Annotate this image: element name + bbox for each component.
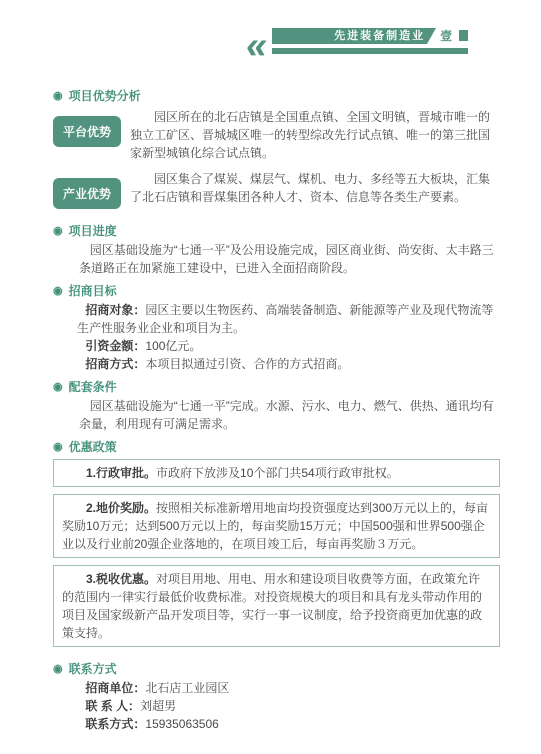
bullet-icon: ◉ xyxy=(53,286,63,297)
row-label: 联系方式： xyxy=(85,717,145,731)
header-category-label: 先进装备制造业 xyxy=(272,28,427,44)
row-label: 招商对象： xyxy=(85,303,145,317)
section-target: ◉ 招商目标 招商对象：园区主要以生物医药、高端装备制造、新能源等产业及现代物流… xyxy=(53,283,500,373)
section-title-text: 联系方式 xyxy=(69,661,117,677)
advantage-row-industry: 产业优势 园区集合了煤炭、煤层气、煤机、电力、多经等五大板块，汇集了北石店镇和晋… xyxy=(53,170,500,209)
bullet-icon: ◉ xyxy=(53,442,63,453)
bullet-icon: ◉ xyxy=(53,664,63,675)
policy-box-tax: 3.税收优惠。对项目用地、用电、用水和建设项目收费等方面，在政策允许的范围内一律… xyxy=(53,565,500,647)
row-text: 北石店工业园区 xyxy=(145,681,229,695)
target-row: 招商方式：本项目拟通过引资、合作的方式招商。 xyxy=(77,355,500,373)
page: { "theme": { "accent": "#52937f", "headi… xyxy=(0,0,541,754)
header-notch xyxy=(427,28,436,44)
target-row: 招商对象：园区主要以生物医药、高端装备制造、新能源等产业及现代物流等生产性服务业… xyxy=(77,301,500,337)
policy-box-text: 3.税收优惠。对项目用地、用电、用水和建设项目收费等方面，在政策允许的范围内一律… xyxy=(62,570,489,642)
section-policy: ◉ 优惠政策 1.行政审批。市政府下放涉及10个部门共54项行政审批权。 2.地… xyxy=(53,439,500,647)
bullet-icon: ◉ xyxy=(53,382,63,393)
section-support: ◉ 配套条件 园区基础设施为“七通一平”完成。水源、污水、电力、燃气、供热、通讯… xyxy=(53,379,500,433)
header-end-square xyxy=(459,30,468,41)
section-title-text: 配套条件 xyxy=(69,379,117,395)
contact-row-phone: 联系方式：15935063506 xyxy=(77,715,500,733)
row-text: 本项目拟通过引资、合作的方式招商。 xyxy=(145,357,349,371)
policy-box-text: 2.地价奖励。按照相关标准新增用地亩均投资强度达到300万元以上的，每亩奖励10… xyxy=(62,499,489,553)
section-title-advantage: ◉ 项目优势分析 xyxy=(53,88,500,104)
row-label: 招商方式： xyxy=(85,357,145,371)
advantage-label-badge: 产业优势 xyxy=(53,178,121,209)
section-contact: ◉ 联系方式 招商单位：北石店工业园区 联 系 人：刘超男 联系方式：15935… xyxy=(53,661,500,733)
support-text: 园区基础设施为“七通一平”完成。水源、污水、电力、燃气、供热、通讯均有余量，利用… xyxy=(79,397,500,433)
row-text: 100亿元。 xyxy=(145,339,201,353)
policy-box-land: 2.地价奖励。按照相关标准新增用地亩均投资强度达到300万元以上的，每亩奖励10… xyxy=(53,494,500,558)
policy-box-label: 3.税收优惠。 xyxy=(86,572,156,586)
bullet-icon: ◉ xyxy=(53,91,63,102)
header-bars: 先进装备制造业 壹 xyxy=(272,28,468,54)
contact-row-unit: 招商单位：北石店工业园区 xyxy=(77,679,500,697)
advantage-text: 园区所在的北石店镇是全国重点镇、全国文明镇，晋城市唯一的独立工矿区、晋城城区唯一… xyxy=(130,108,500,162)
policy-box-text: 1.行政审批。市政府下放涉及10个部门共54项行政审批权。 xyxy=(62,464,489,482)
section-title-contact: ◉ 联系方式 xyxy=(53,661,500,677)
bullet-icon: ◉ xyxy=(53,226,63,237)
section-advantage: ◉ 项目优势分析 平台优势 园区所在的北石店镇是全国重点镇、全国文明镇，晋城市唯… xyxy=(53,88,500,209)
section-title-target: ◉ 招商目标 xyxy=(53,283,500,299)
header-banner: « 先进装备制造业 壹 xyxy=(246,28,468,64)
advantage-text: 园区集合了煤炭、煤层气、煤机、电力、多经等五大板块，汇集了北石店镇和晋煤集团各种… xyxy=(130,170,500,209)
policy-box-body: 市政府下放涉及10个部门共54项行政审批权。 xyxy=(156,466,399,480)
section-title-progress: ◉ 项目进度 xyxy=(53,223,500,239)
document-content: ◉ 项目优势分析 平台优势 园区所在的北石店镇是全国重点镇、全国文明镇，晋城市唯… xyxy=(53,88,500,733)
row-label: 引资金额： xyxy=(85,339,145,353)
section-title-text: 项目优势分析 xyxy=(69,88,141,104)
progress-text: 园区基础设施为“七通一平”及公用设施完成，园区商业街、尚安街、太丰路三条道路正在… xyxy=(79,241,500,277)
header-page-badge: 壹 xyxy=(436,28,456,44)
row-text: 刘超男 xyxy=(140,699,176,713)
double-left-chevron-icon: « xyxy=(243,28,267,64)
section-title-text: 项目进度 xyxy=(69,223,117,239)
section-title-policy: ◉ 优惠政策 xyxy=(53,439,500,455)
contact-row-person: 联 系 人：刘超男 xyxy=(77,697,500,715)
section-title-support: ◉ 配套条件 xyxy=(53,379,500,395)
policy-box-admin: 1.行政审批。市政府下放涉及10个部门共54项行政审批权。 xyxy=(53,459,500,487)
row-label: 联 系 人： xyxy=(85,699,140,713)
section-title-text: 招商目标 xyxy=(69,283,117,299)
target-row: 引资金额：100亿元。 xyxy=(77,337,500,355)
row-text: 15935063506 xyxy=(145,717,218,731)
advantage-row-platform: 平台优势 园区所在的北石店镇是全国重点镇、全国文明镇，晋城市唯一的独立工矿区、晋… xyxy=(53,108,500,162)
policy-box-label: 1.行政审批。 xyxy=(86,466,156,480)
section-title-text: 优惠政策 xyxy=(69,439,117,455)
header-main-bar: 先进装备制造业 壹 xyxy=(272,28,468,44)
section-progress: ◉ 项目进度 园区基础设施为“七通一平”及公用设施完成，园区商业街、尚安街、太丰… xyxy=(53,223,500,277)
advantage-label-badge: 平台优势 xyxy=(53,116,121,147)
header-thin-bar xyxy=(272,48,468,54)
policy-box-label: 2.地价奖励。 xyxy=(86,501,156,515)
row-label: 招商单位： xyxy=(85,681,145,695)
